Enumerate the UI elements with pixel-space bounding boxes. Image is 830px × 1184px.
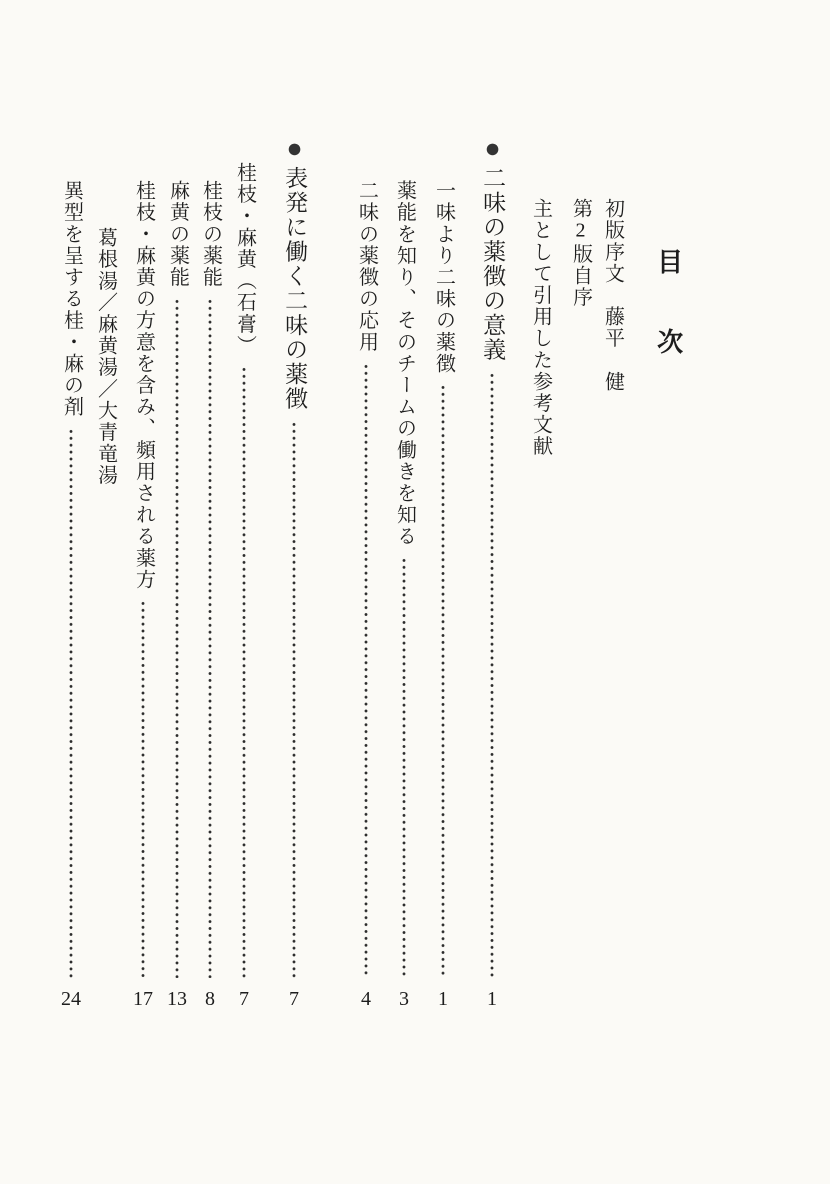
toc-section-heading: ● 二味の薬徴の意義 1 bbox=[477, 133, 507, 1012]
toc-entry-title: 桂枝の薬能 bbox=[200, 180, 221, 288]
leader-dots bbox=[441, 384, 445, 978]
toc-entry-title: 一味より二味の薬徴 bbox=[433, 180, 454, 374]
leader-dots bbox=[292, 421, 296, 978]
toc-entry: 桂枝の薬能 8 bbox=[195, 133, 225, 1012]
front-matter-item-preface-first-edition: 初版序文 藤平 健 bbox=[597, 133, 627, 1012]
toc-entry-title: 麻黄の薬能 bbox=[167, 180, 188, 288]
page-number: 24 bbox=[56, 986, 86, 1012]
leader-dots bbox=[141, 600, 145, 978]
leader-dots bbox=[208, 298, 212, 978]
toc-entry-title: 桂枝・麻黄の方意を含み、頻用される薬方 bbox=[133, 180, 154, 590]
page-title: 目 次 bbox=[654, 248, 681, 368]
page-number: 8 bbox=[195, 986, 225, 1012]
toc-entry: 桂枝・麻黄（石膏） 7 bbox=[229, 133, 259, 1012]
front-matter-item-preface-second-edition: 第2版自序 bbox=[565, 133, 595, 1012]
toc-entry-title: 桂枝・麻黄（石膏） bbox=[234, 162, 255, 356]
leader-dots bbox=[490, 372, 494, 978]
front-matter-label: 第2版自序 bbox=[570, 198, 591, 308]
toc-entry-title: 薬能を知り、そのチームの働きを知る bbox=[394, 180, 415, 547]
front-matter-label: 主として引用した参考文献 bbox=[530, 198, 551, 457]
page-title-column: 目 次 bbox=[653, 133, 683, 1012]
leader-dots bbox=[69, 428, 73, 978]
bullet-icon: ● bbox=[281, 133, 308, 163]
bullet-icon: ● bbox=[479, 133, 506, 163]
toc-entry-title: 二味の薬徴の意義 bbox=[480, 166, 504, 362]
toc-entry: 桂枝・麻黄の方意を含み、頻用される薬方 17 bbox=[128, 133, 158, 1012]
page-number: 7 bbox=[279, 986, 309, 1012]
toc-entry: 薬能を知り、そのチームの働きを知る 3 bbox=[389, 133, 419, 1012]
toc-entry-title: 二味の薬徴の応用 bbox=[356, 180, 377, 353]
front-matter-item-references: 主として引用した参考文献 bbox=[525, 133, 555, 1012]
leader-dots bbox=[402, 557, 406, 978]
page-number: 3 bbox=[389, 986, 419, 1012]
toc-page: 目 次 初版序文 藤平 健 第2版自序 主として引用した参考文献 ● 二味の薬徴… bbox=[0, 0, 830, 1184]
page-number: 7 bbox=[229, 986, 259, 1012]
toc-section-heading: ● 表発に働く二味の薬徴 7 bbox=[279, 133, 309, 1012]
toc-entry-title: 異型を呈する桂・麻の剤 bbox=[61, 180, 82, 418]
toc-entry-formula-list: 葛根湯／麻黄湯／大青竜湯 bbox=[90, 133, 120, 1012]
toc-entry: 異型を呈する桂・麻の剤 24 bbox=[56, 133, 86, 1012]
toc-entry: 二味の薬徴の応用 4 bbox=[351, 133, 381, 1012]
toc-entry-title: 表発に働く二味の薬徴 bbox=[282, 166, 306, 411]
leader-dots bbox=[364, 363, 368, 978]
leader-dots bbox=[242, 366, 246, 978]
leader-dots bbox=[175, 298, 179, 978]
front-matter-label: 初版序文 藤平 健 bbox=[602, 198, 623, 392]
toc-entry: 麻黄の薬能 13 bbox=[162, 133, 192, 1012]
page-number: 17 bbox=[128, 986, 158, 1012]
page-number: 4 bbox=[351, 986, 381, 1012]
toc-entry-title: 葛根湯／麻黄湯／大青竜湯 bbox=[95, 227, 116, 486]
page-number: 13 bbox=[162, 986, 192, 1012]
toc-entry: 一味より二味の薬徴 1 bbox=[428, 133, 458, 1012]
page-number: 1 bbox=[428, 986, 458, 1012]
page-number: 1 bbox=[477, 986, 507, 1012]
